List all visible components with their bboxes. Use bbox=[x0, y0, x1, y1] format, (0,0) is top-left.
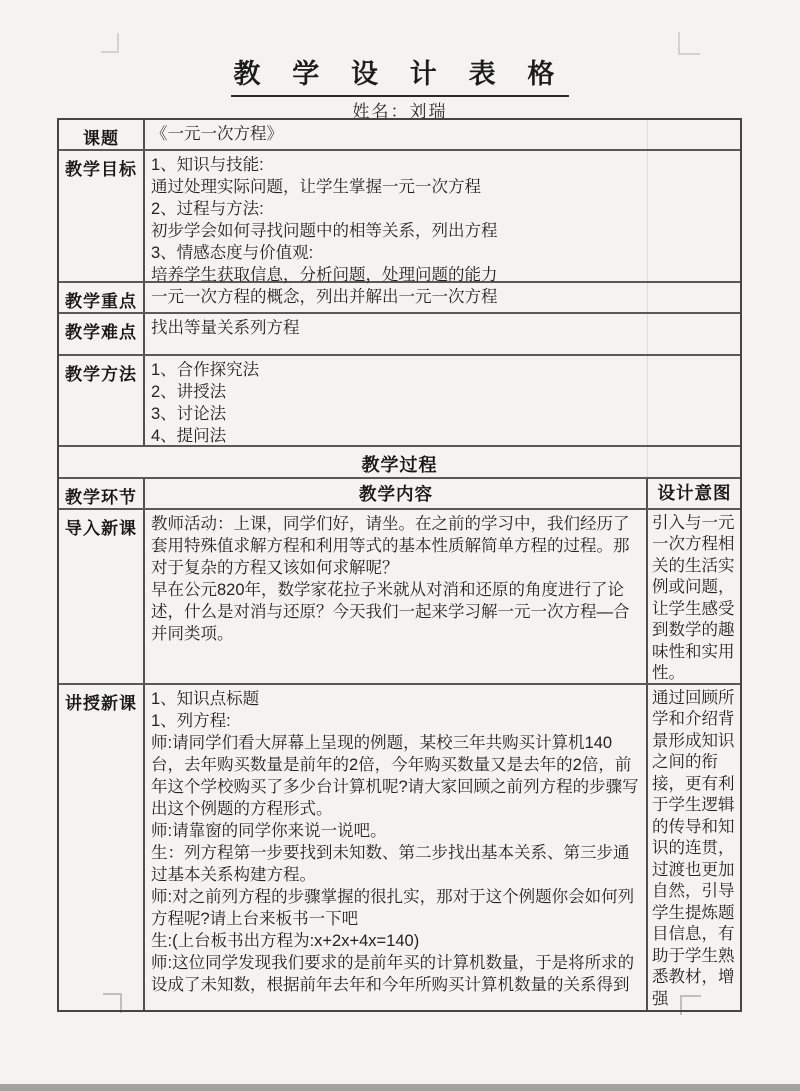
teaching-design-table: 课题 《一元一次方程》 教学目标 1、知识与技能: 通过处理实际问题，让学生掌握… bbox=[57, 118, 742, 1012]
crop-mark-top-left bbox=[101, 33, 119, 53]
table-row-goals: 教学目标 1、知识与技能: 通过处理实际问题，让学生掌握一元一次方程 2、过程与… bbox=[59, 151, 740, 283]
goals-value: 1、知识与技能: 通过处理实际问题，让学生掌握一元一次方程 2、过程与方法: 初… bbox=[145, 151, 740, 281]
table-row-difficulty: 教学难点 找出等量关系列方程 bbox=[59, 314, 740, 356]
table-row-teach-lesson: 讲授新课 1、知识点标题 1、列方程: 师:请同学们看大屏幕上呈现的例题，某校三… bbox=[59, 685, 740, 1011]
header-content: 教学内容 bbox=[145, 479, 646, 508]
intro-step-label: 导入新课 bbox=[59, 510, 145, 683]
topic-label: 课题 bbox=[59, 120, 145, 149]
page-title: 教 学 设 计 表 格 bbox=[0, 52, 800, 97]
topic-value: 《一元一次方程》 bbox=[145, 120, 740, 149]
table-row-methods: 教学方法 1、合作探究法 2、讲授法 3、讨论法 4、提问法 bbox=[59, 356, 740, 447]
goals-label: 教学目标 bbox=[59, 151, 145, 281]
methods-label: 教学方法 bbox=[59, 356, 145, 445]
scanned-document-page: { "doc": { "title": "教 学 设 计 表 格", "name… bbox=[0, 0, 800, 1091]
table-row-focus: 教学重点 一元一次方程的概念，列出并解出一元一次方程 bbox=[59, 283, 740, 314]
teach-intent: 通过回顾所学和介绍背景形成知识之间的衔接，更有利于学生逻辑的传导和知识的连贯，过… bbox=[646, 685, 740, 1011]
process-section-title: 教学过程 bbox=[59, 447, 740, 477]
header-intent: 设计意图 bbox=[646, 479, 740, 508]
header-step: 教学环节 bbox=[59, 479, 145, 508]
scan-bottom-edge bbox=[0, 1084, 800, 1091]
difficulty-label: 教学难点 bbox=[59, 314, 145, 354]
intro-intent: 引入与一元一次方程相关的生活实例或问题，让学生感受到数学的趣味性和实用性。 bbox=[646, 510, 740, 683]
difficulty-value: 找出等量关系列方程 bbox=[145, 314, 740, 354]
teach-content: 1、知识点标题 1、列方程: 师:请同学们看大屏幕上呈现的例题，某校三年共购买计… bbox=[145, 685, 646, 1011]
page-title-text: 教 学 设 计 表 格 bbox=[231, 52, 568, 97]
teach-step-label: 讲授新课 bbox=[59, 685, 145, 1011]
focus-label: 教学重点 bbox=[59, 283, 145, 312]
intro-content: 教师活动：上课，同学们好，请坐。在之前的学习中，我们经历了套用特殊值求解方程和利… bbox=[145, 510, 646, 683]
table-row-topic: 课题 《一元一次方程》 bbox=[59, 120, 740, 151]
table-row-process-headers: 教学环节 教学内容 设计意图 bbox=[59, 479, 740, 510]
table-row-intro-lesson: 导入新课 教师活动：上课，同学们好，请坐。在之前的学习中，我们经历了套用特殊值求… bbox=[59, 510, 740, 685]
table-row-process-title: 教学过程 bbox=[59, 447, 740, 479]
methods-value: 1、合作探究法 2、讲授法 3、讨论法 4、提问法 bbox=[145, 356, 740, 445]
focus-value: 一元一次方程的概念，列出并解出一元一次方程 bbox=[145, 283, 740, 312]
